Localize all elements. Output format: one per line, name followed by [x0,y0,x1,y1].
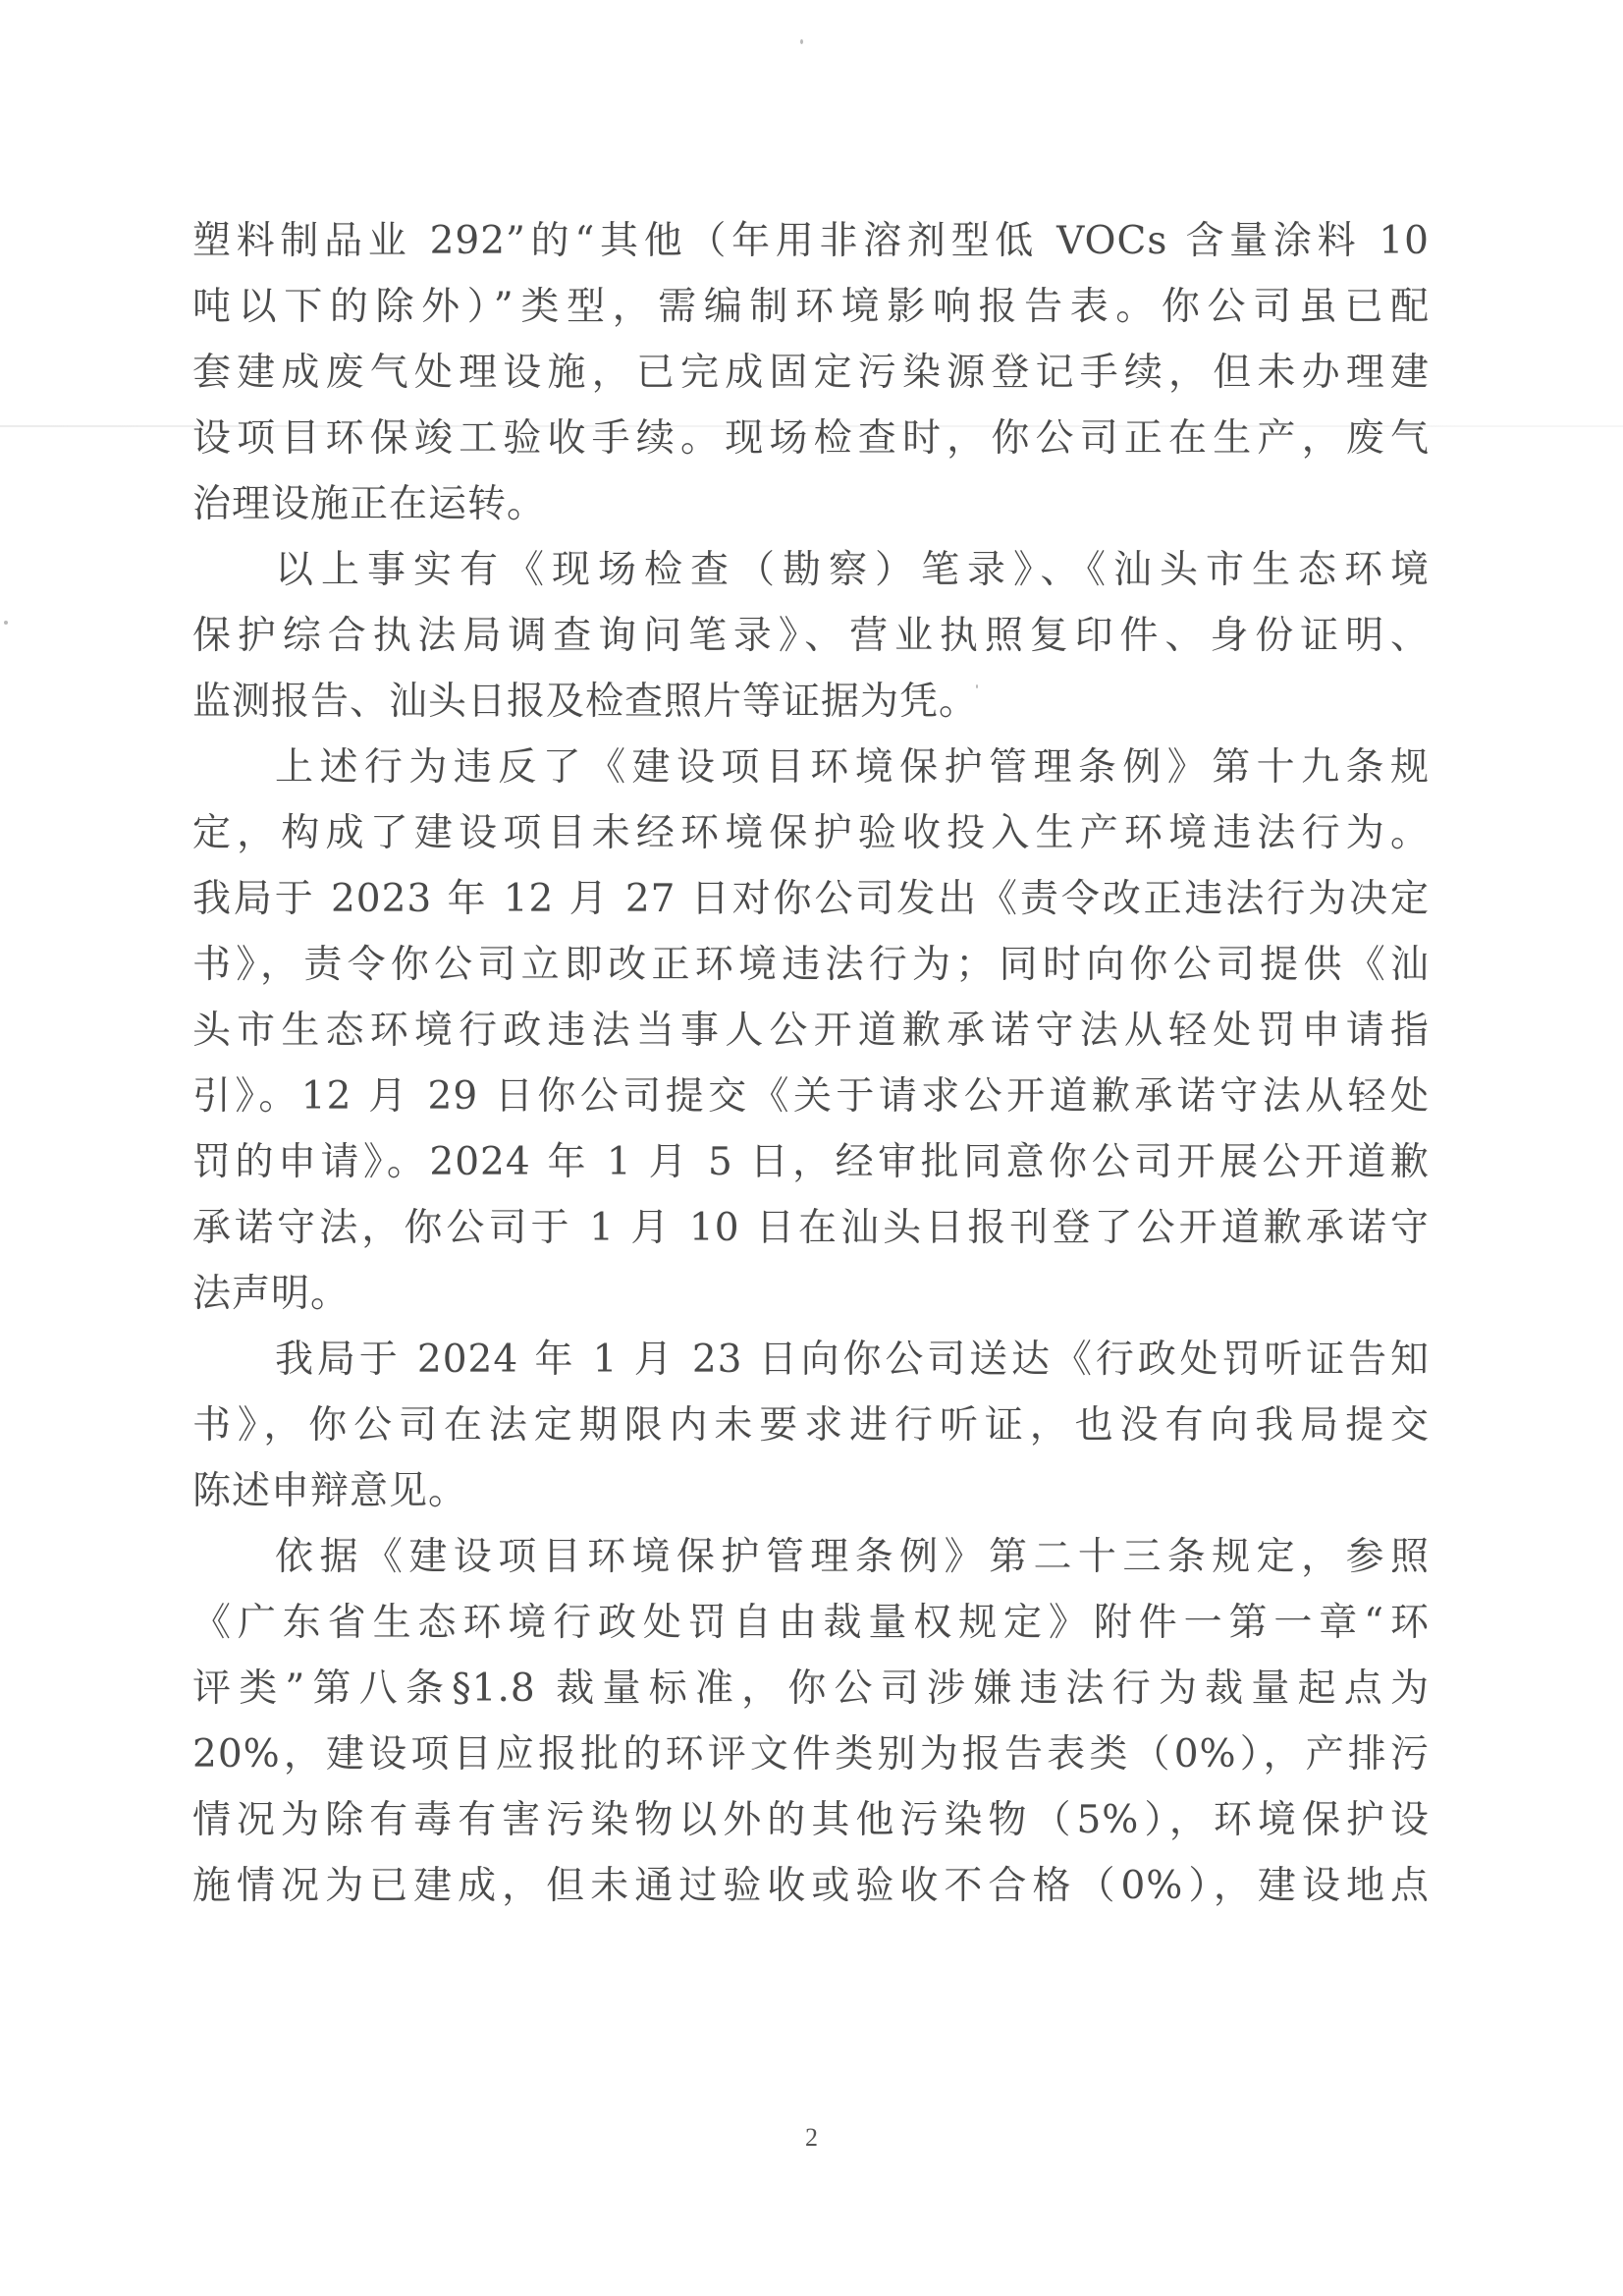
text-line: 我局于 2023 年 12 月 27 日对你公司发出《责令改正违法行为决定 [192,866,1430,932]
text-line: 法声明。 [192,1261,1430,1327]
document-page: 塑料制品业 292”的“其他（年用非溶剂型低 VOCs 含量涂料 10 吨以下的… [0,0,1623,2296]
text-line: 引》。12 月 29 日你公司提交《关于请求公开道歉承诺守法从轻处 [192,1064,1430,1129]
paragraph-evidence: 以上事实有《现场检查（勘察）笔录》、《汕头市生态环境 保护综合执法局调查询问笔录… [192,537,1430,735]
text-line: 头市生态环境行政违法当事人公开道歉承诺守法从轻处罚申请指 [192,998,1430,1064]
text-line: 情况为除有毒有害污染物以外的其他污染物（5%），环境保护设 [192,1787,1430,1853]
text-line: 我局于 2024 年 1 月 23 日向你公司送达《行政处罚听证告知 [192,1327,1430,1393]
text-line: 《广东省生态环境行政处罚自由裁量权规定》附件一第一章“环 [192,1590,1430,1656]
text-line: 承诺守法，你公司于 1 月 10 日在汕头日报刊登了公开道歉承诺守 [192,1195,1430,1261]
text-line: 施情况为已建成，但未通过验收或验收不合格（0%），建设地点 [192,1853,1430,1919]
text-line: 书》，你公司在法定期限内未要求进行听证，也没有向我局提交 [192,1393,1430,1458]
paragraph-hearing-notice: 我局于 2024 年 1 月 23 日向你公司送达《行政处罚听证告知 书》，你公… [192,1327,1430,1524]
scan-speck [4,621,8,625]
text-line: 吨以下的除外）”类型，需编制环境影响报告表。你公司虽已配 [192,274,1430,340]
scan-speck [800,39,803,44]
paragraph-legal-basis: 依据《建设项目环境保护管理条例》第二十三条规定，参照 《广东省生态环境行政处罚自… [192,1524,1430,1919]
text-line: 套建成废气处理设施，已完成固定污染源登记手续，但未办理建 [192,340,1430,406]
document-body: 塑料制品业 292”的“其他（年用非溶剂型低 VOCs 含量涂料 10 吨以下的… [192,208,1430,1919]
text-line: 依据《建设项目环境保护管理条例》第二十三条规定，参照 [192,1524,1430,1590]
text-line: 评类”第八条§1.8 裁量标准，你公司涉嫌违法行为裁量起点为 [192,1656,1430,1722]
text-line: 以上事实有《现场检查（勘察）笔录》、《汕头市生态环境 [192,537,1430,603]
text-line: 定，构成了建设项目未经环境保护验收投入生产环境违法行为。 [192,800,1430,866]
text-line: 保护综合执法局调查询问笔录》、营业执照复印件、身份证明、 [192,603,1430,669]
text-line: 塑料制品业 292”的“其他（年用非溶剂型低 VOCs 含量涂料 10 [192,208,1430,274]
text-line: 监测报告、汕头日报及检查照片等证据为凭。 [192,669,1430,735]
page-number: 2 [0,2123,1623,2153]
text-line: 罚的申请》。2024 年 1 月 5 日，经审批同意你公司开展公开道歉 [192,1129,1430,1195]
text-line: 陈述申辩意见。 [192,1458,1430,1524]
text-line: 20%，建设项目应报批的环评文件类别为报告表类（0%），产排污 [192,1722,1430,1787]
text-line: 治理设施正在运转。 [192,471,1430,537]
text-line: 书》，责令你公司立即改正环境违法行为；同时向你公司提供《汕 [192,932,1430,998]
text-line: 上述行为违反了《建设项目环境保护管理条例》第十九条规 [192,735,1430,800]
paragraph-project-classification: 塑料制品业 292”的“其他（年用非溶剂型低 VOCs 含量涂料 10 吨以下的… [192,208,1430,537]
paragraph-violation-and-procedure: 上述行为违反了《建设项目环境保护管理条例》第十九条规 定，构成了建设项目未经环境… [192,735,1430,1327]
scan-speck [976,684,978,688]
text-line: 设项目环保竣工验收手续。现场检查时，你公司正在生产，废气 [192,406,1430,471]
